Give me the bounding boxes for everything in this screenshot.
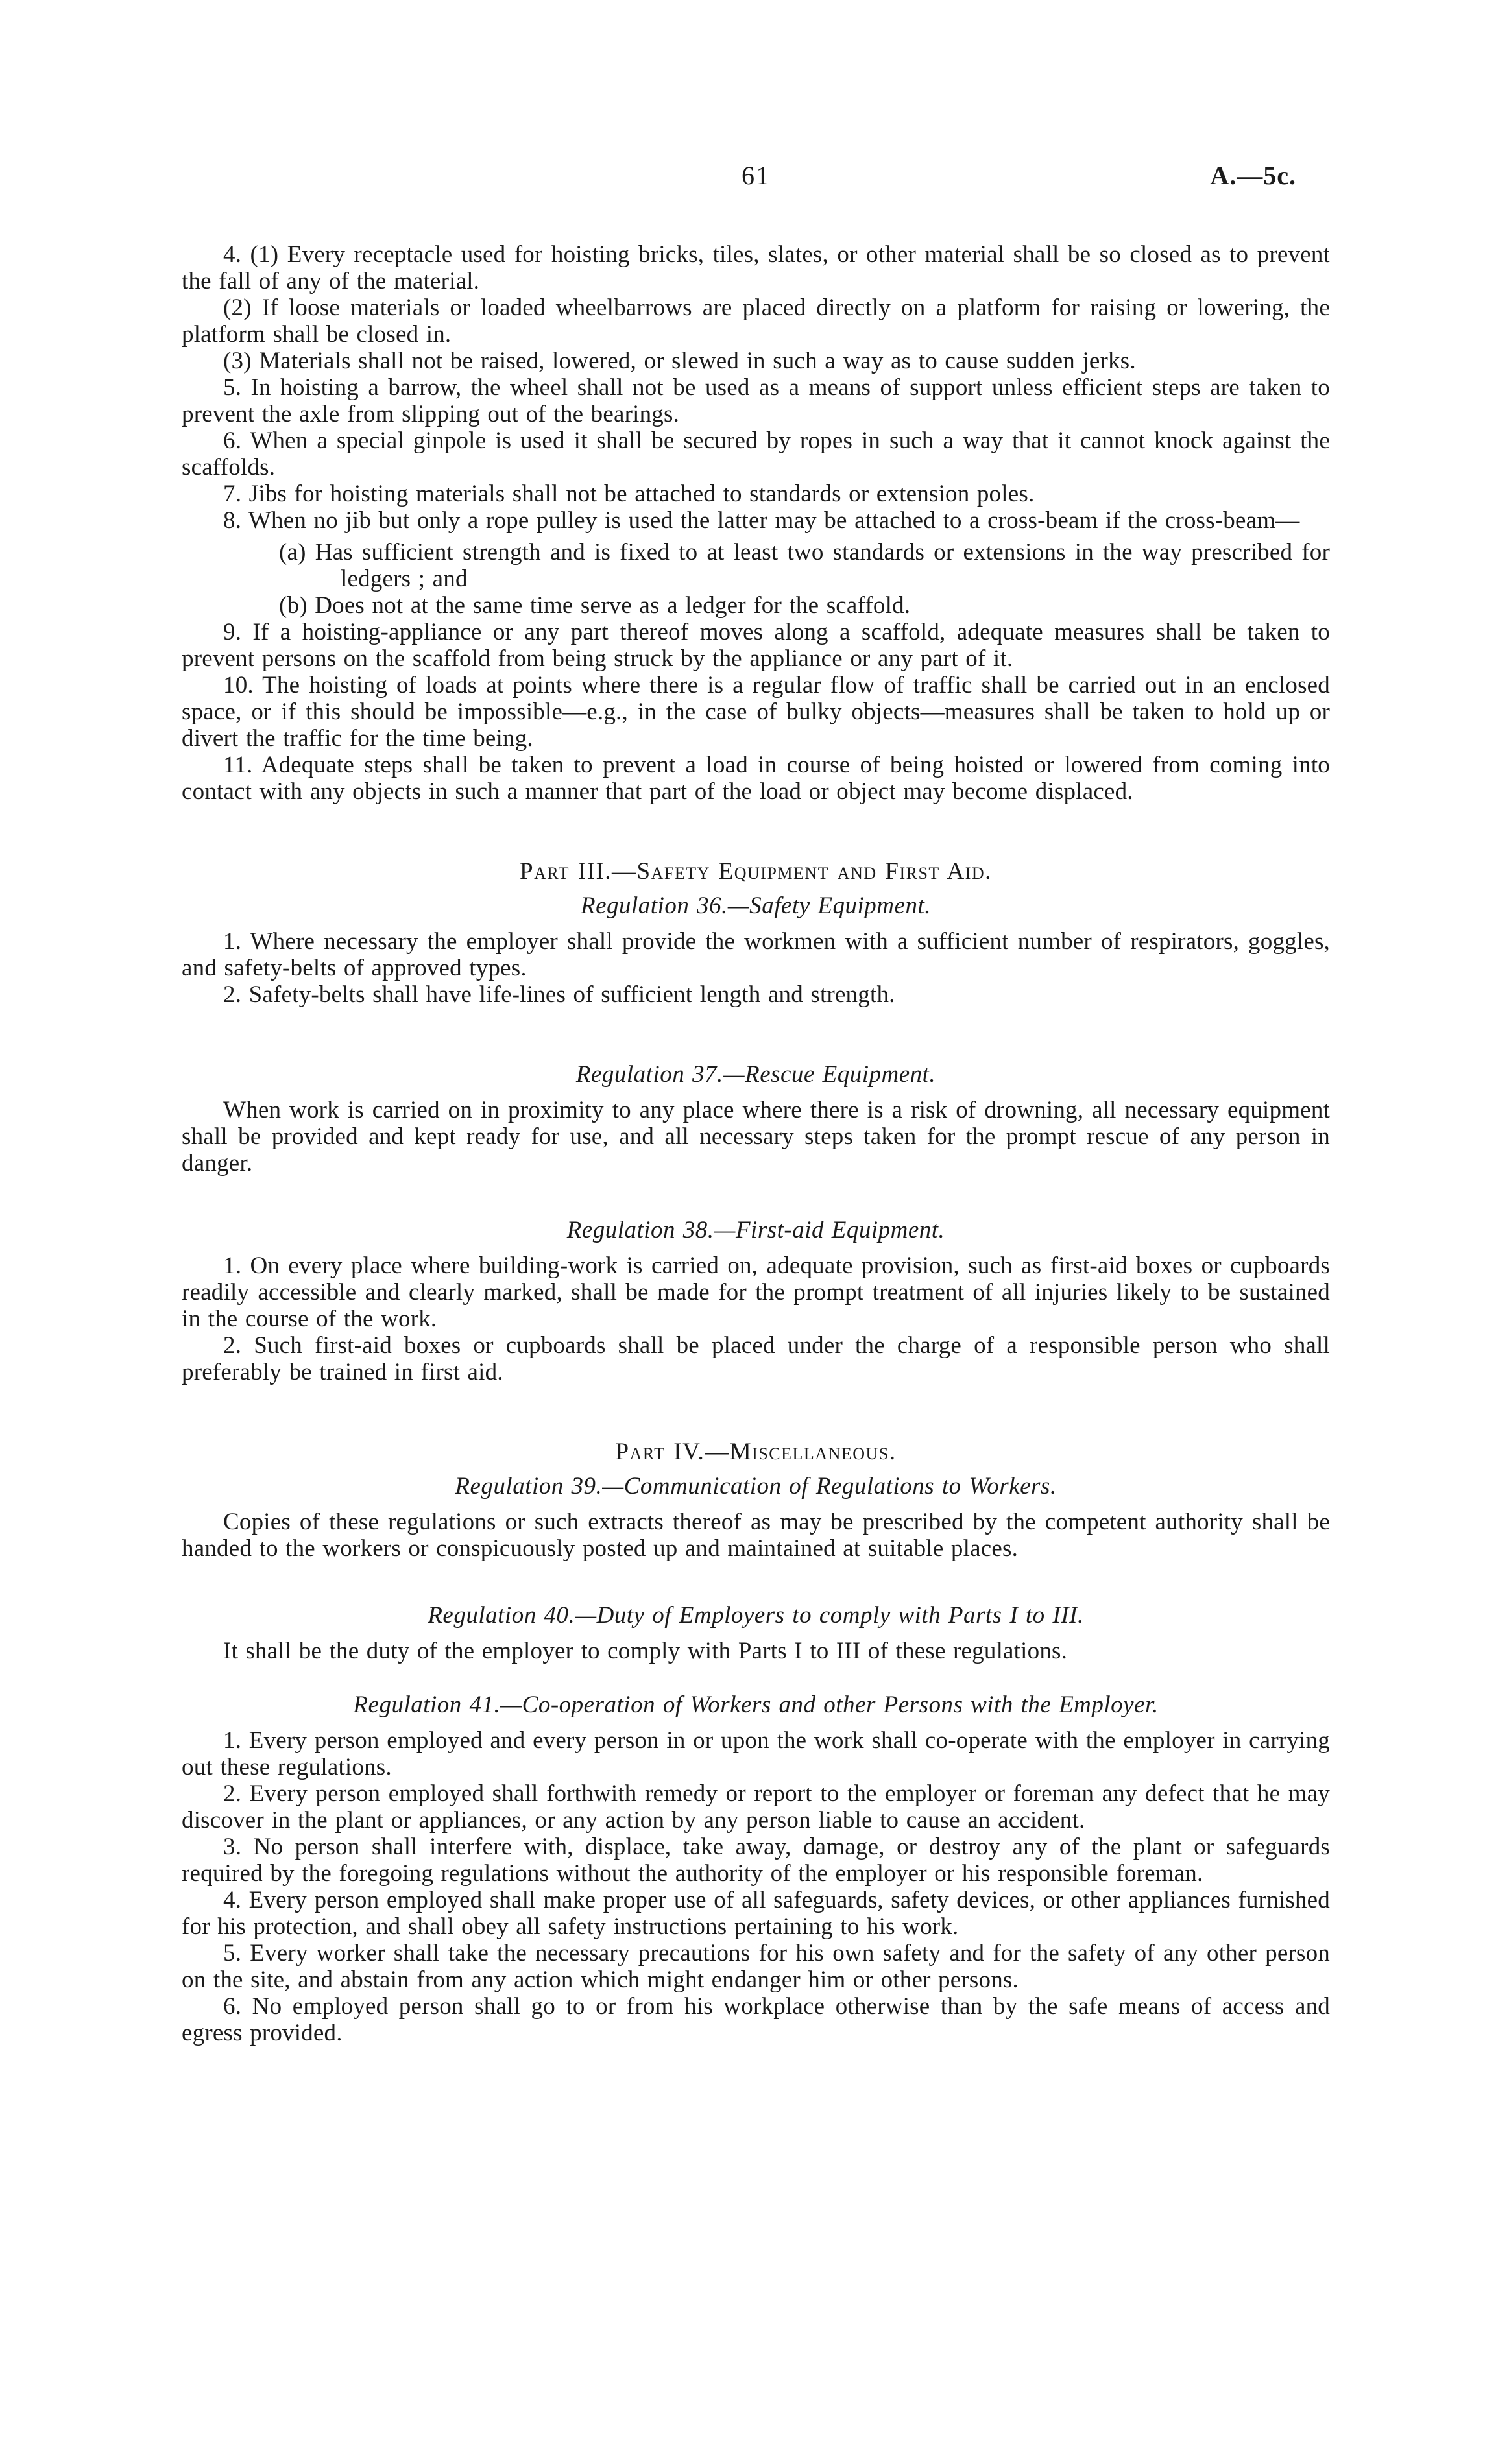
page-number: 61 [182, 162, 1330, 189]
reg37-paragraph: When work is carried on in proximity to … [182, 1097, 1330, 1177]
doc-reference: A.—5c. [1210, 162, 1296, 189]
reg41-paragraph-1: 1. Every person employed and every perso… [182, 1727, 1330, 1780]
paragraph-6: 6. When a special ginpole is used it sha… [182, 427, 1330, 481]
heading-regulation-37: Regulation 37.—Rescue Equipment. [182, 1061, 1330, 1088]
paragraph-11: 11. Adequate steps shall be taken to pre… [182, 752, 1330, 805]
heading-regulation-40: Regulation 40.—Duty of Employers to comp… [182, 1602, 1330, 1629]
reg41-paragraph-5: 5. Every worker shall take the necessary… [182, 1940, 1330, 1993]
paragraph-10: 10. The hoisting of loads at points wher… [182, 672, 1330, 752]
sub-item-a: (a) Has sufficient strength and is fixed… [279, 539, 1330, 592]
paragraph-4-3: (3) Materials shall not be raised, lower… [182, 348, 1330, 374]
heading-part-iv: Part IV.—Miscellaneous. [182, 1439, 1330, 1465]
sub-item-b: (b) Does not at the same time serve as a… [279, 592, 1330, 619]
reg41-paragraph-6: 6. No employed person shall go to or fro… [182, 1993, 1330, 2046]
heading-regulation-41: Regulation 41.—Co-operation of Workers a… [182, 1692, 1330, 1718]
reg36-paragraph-1: 1. Where necessary the employer shall pr… [182, 928, 1330, 981]
heading-regulation-39: Regulation 39.—Communication of Regulati… [182, 1473, 1330, 1500]
document-page: 61 A.—5c. 4. (1) Every receptacle used f… [0, 0, 1509, 2464]
page-header: 61 A.—5c. [182, 162, 1330, 195]
reg39-paragraph: Copies of these regulations or such extr… [182, 1509, 1330, 1562]
reg41-paragraph-2: 2. Every person employed shall forthwith… [182, 1780, 1330, 1834]
paragraph-7: 7. Jibs for hoisting materials shall not… [182, 481, 1330, 507]
reg41-paragraph-4: 4. Every person employed shall make prop… [182, 1887, 1330, 1940]
page-body: 4. (1) Every receptacle used for hoistin… [182, 241, 1330, 2046]
reg38-paragraph-1: 1. On every place where building-work is… [182, 1252, 1330, 1332]
paragraph-4-2: (2) If loose materials or loaded wheelba… [182, 294, 1330, 348]
paragraph-8: 8. When no jib but only a rope pulley is… [182, 507, 1330, 534]
heading-part-iii: Part III.—Safety Equipment and First Aid… [182, 858, 1330, 885]
reg41-paragraph-3: 3. No person shall interfere with, displ… [182, 1834, 1330, 1887]
heading-regulation-36: Regulation 36.—Safety Equipment. [182, 892, 1330, 919]
reg38-paragraph-2: 2. Such first-aid boxes or cupboards sha… [182, 1332, 1330, 1385]
reg36-paragraph-2: 2. Safety-belts shall have life-lines of… [182, 981, 1330, 1008]
paragraph-5: 5. In hoisting a barrow, the wheel shall… [182, 374, 1330, 427]
paragraph-4-1: 4. (1) Every receptacle used for hoistin… [182, 241, 1330, 294]
reg40-paragraph: It shall be the duty of the employer to … [182, 1638, 1330, 1664]
paragraph-9: 9. If a hoisting-appliance or any part t… [182, 619, 1330, 672]
heading-regulation-38: Regulation 38.—First-aid Equipment. [182, 1217, 1330, 1243]
